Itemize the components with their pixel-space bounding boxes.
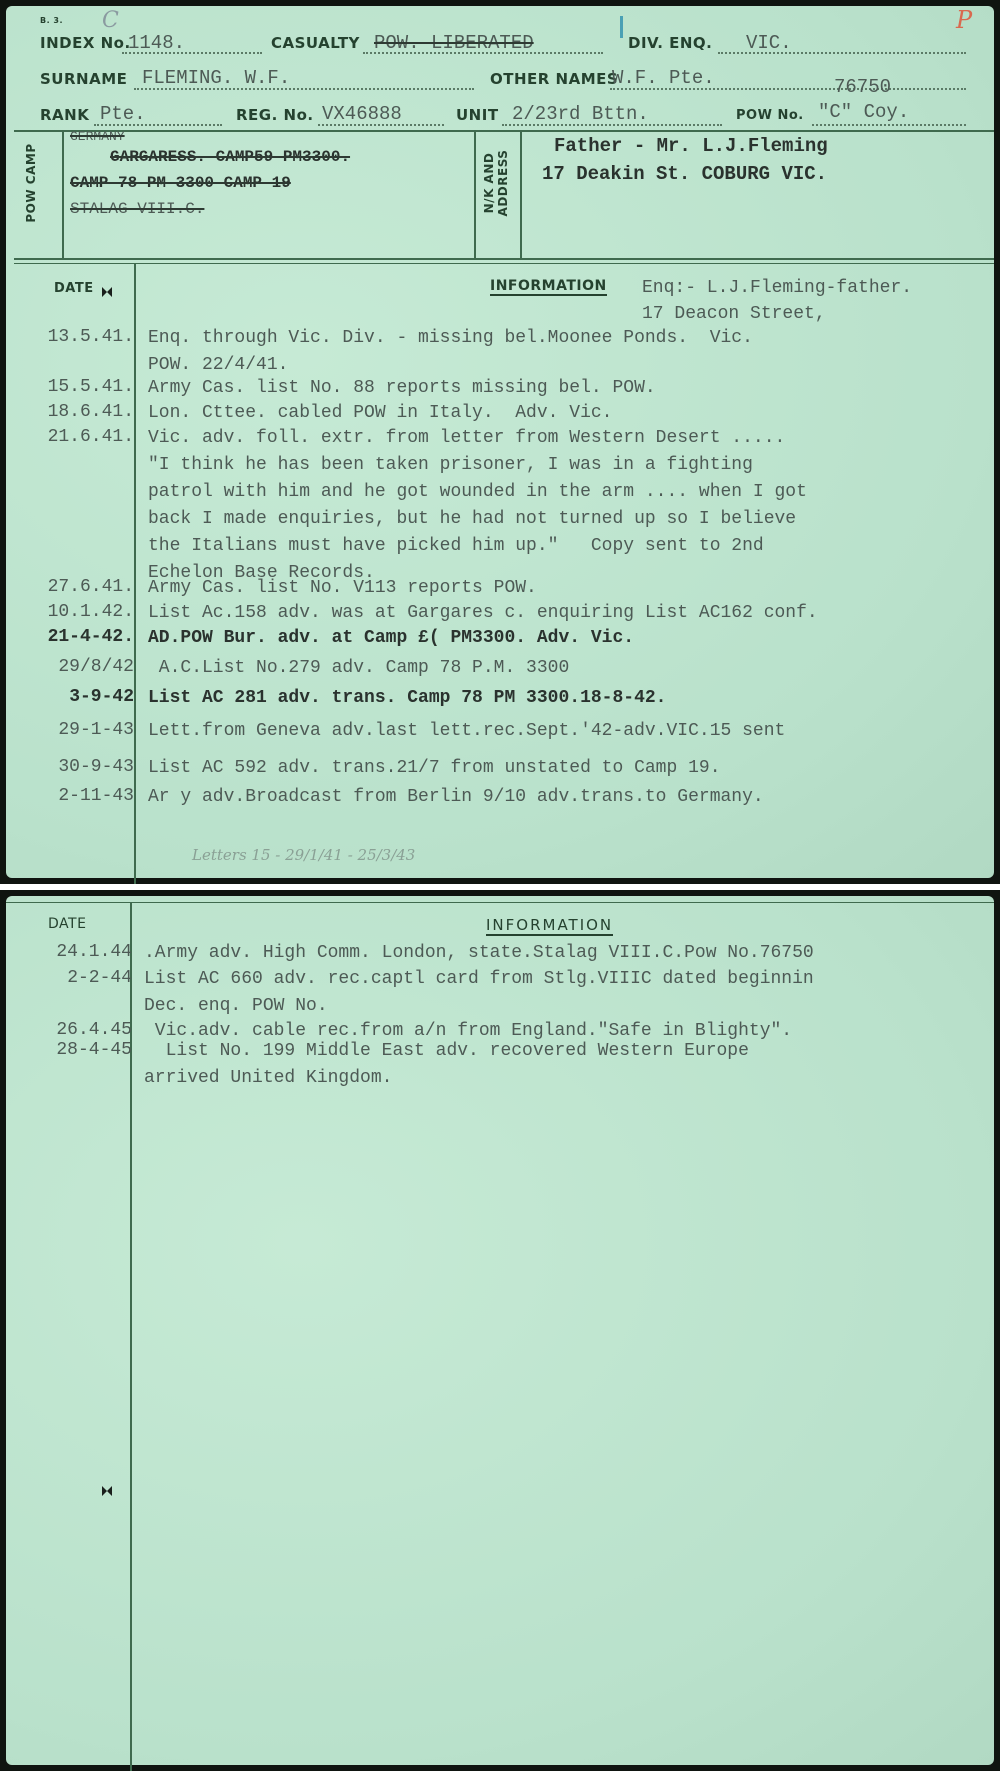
div-enq-value: VIC. xyxy=(746,32,792,54)
entry-text: List No. 199 Middle East adv. recovered … xyxy=(144,1038,749,1092)
entry-date: 29-1-43 xyxy=(6,720,134,740)
entry-date: 27.6.41. xyxy=(6,577,134,597)
entry-date: 15.5.41. xyxy=(6,377,134,397)
casualty-label: CASUALTY xyxy=(271,34,360,52)
handwritten-p: P xyxy=(956,6,972,34)
entry-date: 2-2-44 xyxy=(4,968,132,988)
rank-label: RANK xyxy=(40,106,89,124)
entry-text: AD.POW Bur. adv. at Camp £( PM3300. Adv.… xyxy=(148,625,634,652)
camp-line: CAMP 78 PM 3300 CAMP 19 xyxy=(70,170,350,196)
entry-text: Army Cas. list No. 88 reports missing be… xyxy=(148,375,656,402)
entry-text: Lon. Cttee. cabled POW in Italy. Adv. Vi… xyxy=(148,400,612,427)
rank-value: Pte. xyxy=(100,103,146,125)
nok-line: Father - Mr. L.J.Fleming xyxy=(542,132,828,160)
entry-text: List AC 660 adv. rec.captl card from Stl… xyxy=(144,966,814,1020)
record-card-front: B. 3. C P INDEX No. 1148. CASUALTY POW. … xyxy=(0,0,1000,884)
entry-date: 21-4-42. xyxy=(6,627,134,647)
entry-text: List Ac.158 adv. was at Gargares c. enqu… xyxy=(148,600,818,627)
entry-date: 2-11-43 xyxy=(6,786,134,806)
nok-line: 17 Deakin St. COBURG VIC. xyxy=(542,160,828,188)
enquirer: Enq:- L.J.Fleming-father. 17 Deacon Stre… xyxy=(642,275,912,327)
date-header: DATE xyxy=(48,916,86,932)
pow-camp-label: POW CAMP xyxy=(24,138,38,228)
nok-address: Father - Mr. L.J.Fleming 17 Deakin St. C… xyxy=(542,132,828,188)
form-code: B. 3. xyxy=(40,16,63,25)
entry-date: 26.4.45 xyxy=(4,1020,132,1040)
entry-date: 28-4-45 xyxy=(4,1040,132,1060)
card-face: DATE INFORMATION 24.1.44.Army adv. High … xyxy=(6,896,994,1765)
camp-line: STALAG VIII.C. xyxy=(70,196,350,222)
handwritten-c: C xyxy=(102,8,119,33)
information-header: INFORMATION xyxy=(486,916,613,936)
entry-date: 30-9-43 xyxy=(6,757,134,777)
nok-label: N/K AND ADDRESS xyxy=(482,138,510,228)
index-label: INDEX No. xyxy=(40,34,131,52)
entry-date: 18.6.41. xyxy=(6,402,134,422)
pow-number: 76750 xyxy=(834,76,891,98)
surname-label: SURNAME xyxy=(40,70,127,88)
entry-date: 29/8/42 xyxy=(6,657,134,677)
blue-mark xyxy=(620,16,623,38)
entry-date: 3-9-42 xyxy=(6,687,134,707)
handwritten-note: Letters 15 - 29/1/41 - 25/3/43 xyxy=(192,846,415,864)
camp-line: GARGARESS. CAMP59 PM3300. xyxy=(70,144,350,170)
reg-no-label: REG. No. xyxy=(236,106,314,124)
entry-text: Lett.from Geneva adv.last lett.rec.Sept.… xyxy=(148,718,785,745)
index-value: 1148. xyxy=(128,32,185,54)
entry-date: 24.1.44 xyxy=(4,942,132,962)
entry-text: List AC 592 adv. trans.21/7 from unstate… xyxy=(148,755,721,782)
surname-value: FLEMING. W.F. xyxy=(142,67,290,89)
other-names-label: OTHER NAMES xyxy=(490,70,618,88)
entry-date: 21.6.41. xyxy=(6,427,134,447)
punch-hole-icon xyxy=(100,1484,114,1498)
entry-text: Enq. through Vic. Div. - missing bel.Moo… xyxy=(148,325,753,379)
entry-text: .Army adv. High Comm. London, state.Stal… xyxy=(144,940,814,967)
pow-no-label: POW No. xyxy=(736,108,804,123)
unit-label: UNIT xyxy=(456,106,499,124)
reg-no-value: VX46888 xyxy=(322,103,402,125)
pow-camp-entries: GERMANY GARGARESS. CAMP59 PM3300. CAMP 7… xyxy=(70,130,350,222)
unit-value: 2/23rd Bttn. xyxy=(512,103,649,125)
entry-text: Vic. adv. foll. extr. from letter from W… xyxy=(148,425,807,587)
entry-text: Ar y adv.Broadcast from Berlin 9/10 adv.… xyxy=(148,784,764,811)
card-face: B. 3. C P INDEX No. 1148. CASUALTY POW. … xyxy=(6,6,994,878)
entry-text: List AC 281 adv. trans. Camp 78 PM 3300.… xyxy=(148,685,666,712)
punch-hole-icon xyxy=(100,285,114,299)
casualty-value: POW. LIBERATED xyxy=(374,32,534,54)
div-enq-label: DIV. ENQ. xyxy=(628,34,712,52)
record-card-back: DATE INFORMATION 24.1.44.Army adv. High … xyxy=(0,890,1000,1771)
entry-text: A.C.List No.279 adv. Camp 78 P.M. 3300 xyxy=(148,655,569,682)
information-header: INFORMATION xyxy=(490,278,607,296)
date-header: DATE xyxy=(54,281,94,296)
camp-line: GERMANY xyxy=(70,130,350,144)
entry-text: Army Cas. list No. V113 reports POW. xyxy=(148,575,537,602)
other-names-value: W.F. Pte. xyxy=(612,67,715,89)
entry-date: 13.5.41. xyxy=(6,327,134,347)
entry-date: 10.1.42. xyxy=(6,602,134,622)
pow-no-value: "C" Coy. xyxy=(818,101,909,123)
